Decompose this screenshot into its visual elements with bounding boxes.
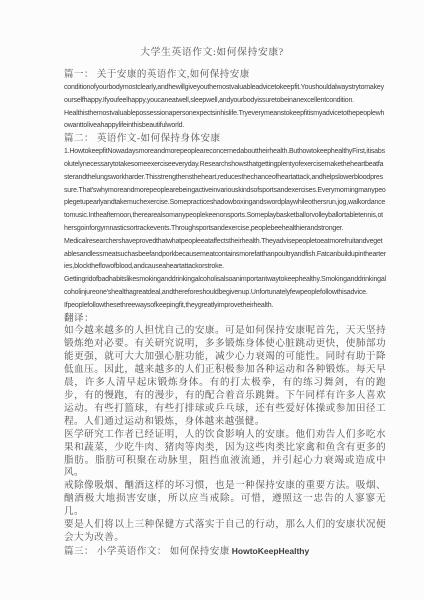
paragraph-text: 篇三： 小学英语作文： 如何保持安康: [64, 547, 230, 557]
paragraph: conditionofyourbodymostclearly,andhewill…: [64, 82, 386, 108]
paragraph-text: Healthisthemostvaluablepossessionaperson…: [64, 110, 384, 130]
section-heading: 篇一： 关于安康的英语作文,如何保持安康: [64, 69, 386, 82]
paragraph-text: 篇二： 英语作文-如何保持身体安康: [64, 134, 221, 144]
paragraph-text: 1.HowtokeepfitNowadaysmoreandmorepeoplea…: [64, 148, 386, 232]
paragraph-text: 翻译：: [64, 313, 94, 324]
paragraph: 翻译：: [64, 313, 386, 326]
paragraph: Healthisthemostvaluablepossessionaperson…: [64, 108, 386, 134]
document-body: 篇一： 关于安康的英语作文,如何保持安康conditionofyourbodym…: [64, 69, 386, 559]
paragraph: 1.HowtokeepfitNowadaysmoreandmorepeoplea…: [64, 146, 386, 236]
paragraph-text: 篇一： 关于安康的英语作文,如何保持安康: [64, 70, 250, 80]
paragraph: 医学研究工作者已经证明，人的饮食影响人的安康。他们劝告人们多吃水果和蔬菜，少吃牛…: [64, 429, 386, 481]
paragraph: Ifpeoplefollowthesethreewaysofkeepingfit…: [64, 300, 386, 313]
document-title: 大学生英语作文:如何保持安康?: [0, 0, 424, 60]
paragraph-text: Gettingridofbadhabitslikesmokinganddrink…: [64, 276, 386, 296]
paragraph: 如今越来越多的人担忧自己的安康。可是如何保持安康呢首先，天天坚持锻炼绝对必要。有…: [64, 325, 386, 428]
paragraph-text: 要是人们将以上三种保健方式落实于自己的行动，那么人们的安康状况便会大为改善。: [64, 519, 386, 543]
paragraph-text: Ifpeoplefollowthesethreewaysofkeepingfit…: [64, 302, 273, 309]
paragraph: Gettingridofbadhabitslikesmokinganddrink…: [64, 274, 386, 300]
paragraph: Medicalresearchershaveprovedthatwhatpeop…: [64, 236, 386, 274]
paragraph-text: 戒除像吸烟、酗酒这样的坏习惯，也是一种保持安康的重要方法。吸烟、酗酒极大地损害安…: [64, 480, 386, 517]
paragraph-text: 如今越来越多的人担忧自己的安康。可是如何保持安康呢首先，天天坚持锻炼绝对必要。有…: [64, 325, 386, 426]
heading-latin-text: HowtoKeepHealthy: [232, 546, 309, 556]
paragraph-text: 医学研究工作者已经证明，人的饮食影响人的安康。他们劝告人们多吃水果和蔬菜，少吃牛…: [64, 429, 386, 479]
paragraph-text: Medicalresearchershaveprovedthatwhatpeop…: [64, 238, 386, 271]
section-heading: 篇二： 英语作文-如何保持身体安康: [64, 133, 386, 146]
document-page: 大学生英语作文:如何保持安康? 篇一： 关于安康的英语作文,如何保持安康cond…: [0, 0, 424, 600]
paragraph: 戒除像吸烟、酗酒这样的坏习惯，也是一种保持安康的重要方法。吸烟、酗酒极大地损害安…: [64, 480, 386, 519]
paragraph: 要是人们将以上三种保健方式落实于自己的行动，那么人们的安康状况便会大为改善。: [64, 519, 386, 545]
section-heading: 篇三： 小学英语作文： 如何保持安康HowtoKeepHealthy: [64, 545, 386, 559]
paragraph-text: conditionofyourbodymostclearly,andhewill…: [64, 84, 384, 104]
